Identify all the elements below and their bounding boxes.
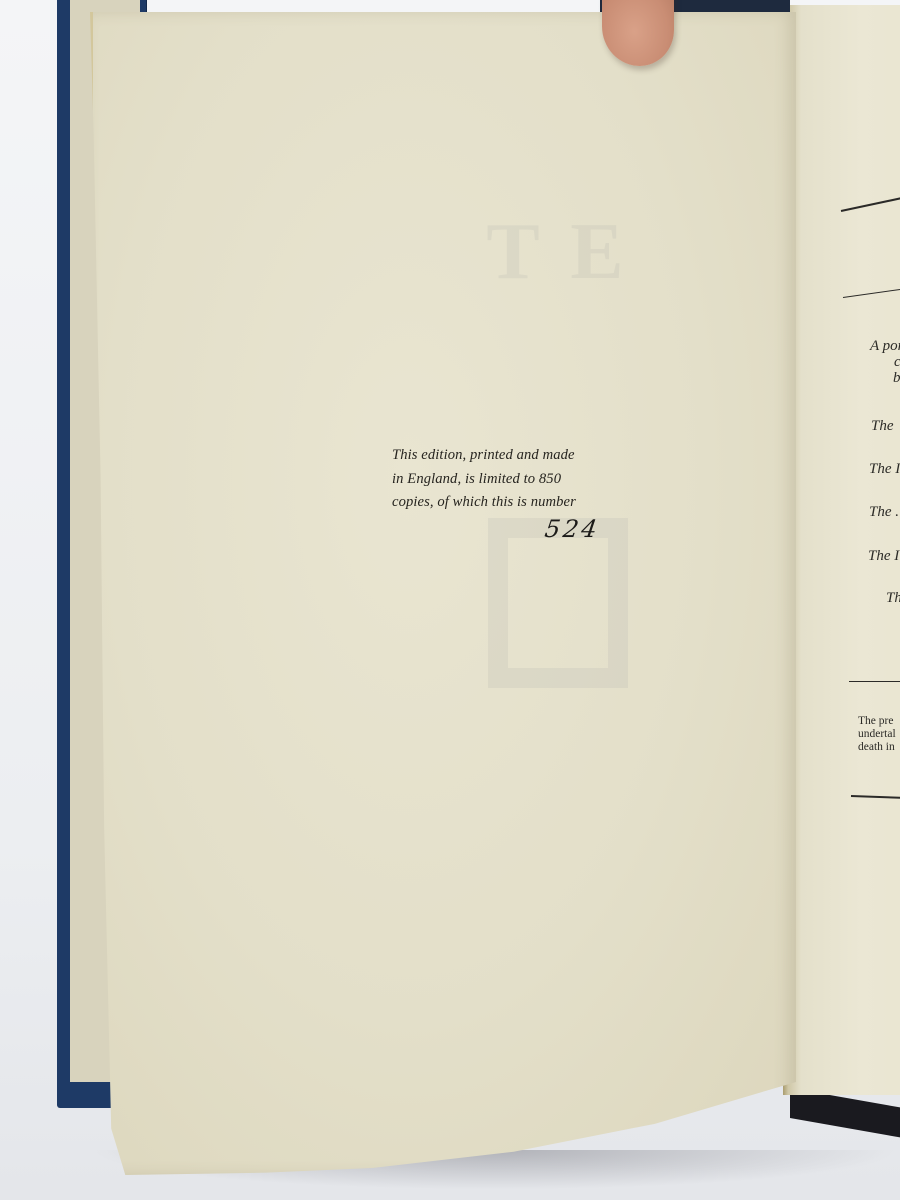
- facing-line: The .: [869, 504, 899, 521]
- facing-paragraph-line: The pre: [858, 715, 896, 728]
- facing-line: Th: [886, 590, 900, 607]
- facing-line: The: [871, 418, 894, 435]
- facing-line: A por: [870, 338, 900, 355]
- rule-4: [851, 795, 900, 799]
- facing-line: The I: [868, 548, 899, 565]
- limitation-line-1: This edition, printed and made: [392, 444, 622, 468]
- facing-paragraph-line: undertal: [858, 728, 896, 741]
- facing-page: A por c b The The I The . The I Th The p…: [783, 5, 900, 1095]
- limitation-line-3: copies, of which this is number: [392, 491, 622, 515]
- right-board-edge: [790, 1088, 900, 1137]
- rule-1: [841, 193, 900, 212]
- facing-line: c: [894, 354, 900, 371]
- facing-line: b: [893, 370, 900, 387]
- rule-2: [843, 286, 900, 298]
- facing-paragraph-line: death in: [858, 741, 896, 754]
- handwritten-copy-number: 524: [543, 515, 602, 543]
- limitation-statement: This edition, printed and made in Englan…: [392, 444, 622, 515]
- limitation-page: T E: [90, 12, 796, 1175]
- show-through-ghost: T E: [378, 207, 738, 887]
- facing-paragraph: The pre undertal death in: [858, 715, 896, 754]
- facing-line: The I: [869, 461, 900, 478]
- limitation-line-2: in England, is limited to 850: [392, 468, 622, 492]
- rule-3: [849, 681, 900, 682]
